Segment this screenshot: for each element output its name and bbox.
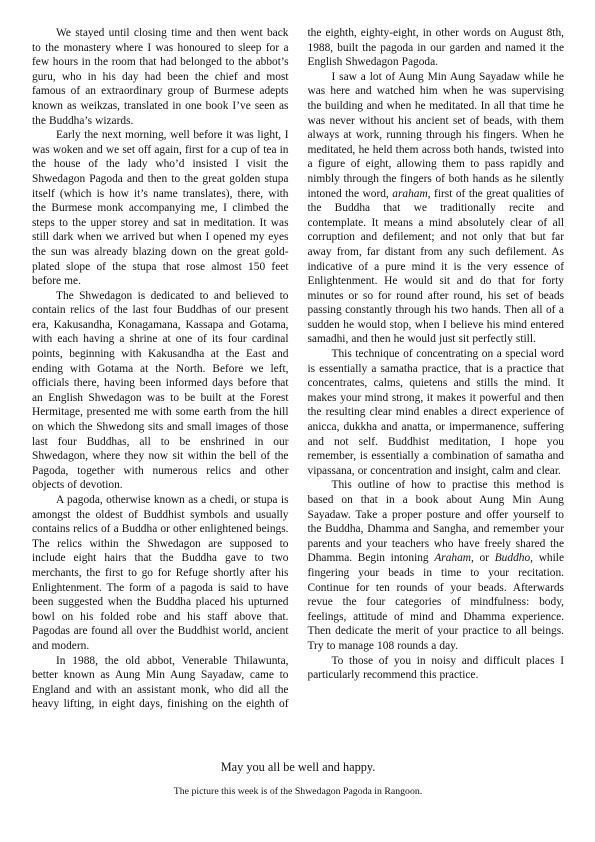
right-column: the eighth, eighty-eight, in other words… [308, 26, 565, 683]
paragraph: I saw a lot of Aung Min Aung Sayadaw whi… [308, 70, 565, 347]
paragraph: In 1988, the old abbot, Venerable Thilaw… [32, 654, 289, 712]
closing-blessing-line: May you all be well and happy. [32, 760, 564, 775]
paragraph: Early the next morning, well before it w… [32, 128, 289, 289]
paragraph: This outline of how to practise this met… [308, 478, 565, 653]
paragraph: A pagoda, otherwise known as a chedi, or… [32, 493, 289, 654]
paragraph: We stayed until closing time and then we… [32, 26, 289, 128]
italic-term: Araham, [434, 552, 474, 564]
paragraph: The Shwedagon is dedicated to and believ… [32, 289, 289, 493]
paragraph: To those of you in noisy and difficult p… [308, 654, 565, 683]
left-column: We stayed until closing time and then we… [32, 26, 289, 712]
italic-term: Buddho, [495, 552, 533, 564]
italic-term: araham [392, 188, 427, 200]
paragraph: the eighth, eighty-eight, in other words… [308, 26, 565, 70]
two-column-text-block: We stayed until closing time and then we… [32, 26, 564, 738]
paragraph: This technique of concentrating on a spe… [308, 347, 565, 478]
document-page: We stayed until closing time and then we… [0, 0, 595, 842]
picture-caption-line: The picture this week is of the Shwedago… [32, 786, 564, 798]
